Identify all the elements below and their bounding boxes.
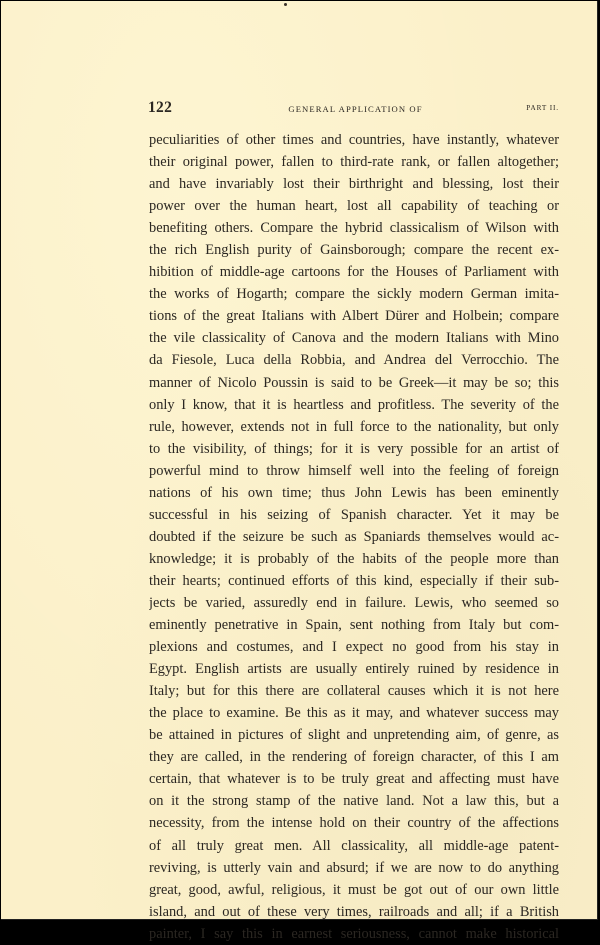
text-line: da Fiesole, Luca della Robbia, and Andre… bbox=[149, 349, 559, 371]
text-line: doubted if the seizure be such as Spania… bbox=[149, 526, 559, 548]
text-line: manner of Nicolo Poussin is said to be G… bbox=[149, 372, 559, 394]
text-line: the place to examine. Be this as it may,… bbox=[149, 702, 559, 724]
scanned-book-page: 122 General Application of Part II. pecu… bbox=[1, 1, 598, 920]
ink-speck bbox=[284, 3, 287, 6]
text-line: be attained in pictures of slight and un… bbox=[149, 724, 559, 746]
text-line: to the visibility, of things; for it is … bbox=[149, 438, 559, 460]
text-line: and have invariably lost their birthrigh… bbox=[149, 173, 559, 195]
text-line: the works of Hogarth; compare the sickly… bbox=[149, 283, 559, 305]
text-line: the rich English purity of Gainsborough;… bbox=[149, 239, 559, 261]
text-line: necessity, from the intense hold on thei… bbox=[149, 812, 559, 834]
text-line: their hearts; continued efforts of this … bbox=[149, 570, 559, 592]
text-line: certain, that whatever is to be truly gr… bbox=[149, 768, 559, 790]
body-text: peculiarities of other times and countri… bbox=[149, 129, 559, 922]
text-line: only I know, that it is heartless and pr… bbox=[149, 394, 559, 416]
text-line: knowledge; it is probably of the habits … bbox=[149, 548, 559, 570]
text-line: reviving, is utterly vain and absurd; if… bbox=[149, 857, 559, 879]
text-line: tions of the great Italians with Albert … bbox=[149, 305, 559, 327]
text-line: rule, however, extends not in full force… bbox=[149, 416, 559, 438]
page-header: 122 General Application of Part II. bbox=[148, 99, 559, 123]
text-line: they are called, in the rendering of for… bbox=[149, 746, 559, 768]
text-line: great, good, awful, religious, it must b… bbox=[149, 879, 559, 901]
part-label: Part II. bbox=[526, 104, 559, 112]
text-line: hibition of middle-age cartoons for the … bbox=[149, 261, 559, 283]
text-line: the vile classicality of Canova and the … bbox=[149, 327, 559, 349]
text-line: plexions and costumes, and I expect no g… bbox=[149, 636, 559, 658]
running-title: General Application of bbox=[148, 104, 559, 114]
text-line: eminently penetrative in Spain, sent not… bbox=[149, 614, 559, 636]
text-line: their original power, fallen to third-ra… bbox=[149, 151, 559, 173]
text-line: island, and out of these very times, rai… bbox=[149, 901, 559, 922]
text-line: on it the strong stamp of the native lan… bbox=[149, 790, 559, 812]
text-line: power over the human heart, lost all cap… bbox=[149, 195, 559, 217]
text-line: Egypt. English artists are usually entir… bbox=[149, 658, 559, 680]
text-line: powerful mind to throw himself well into… bbox=[149, 460, 559, 482]
text-line: peculiarities of other times and countri… bbox=[149, 129, 559, 151]
text-line: nations of his own time; thus John Lewis… bbox=[149, 482, 559, 504]
text-line: jects be varied, assuredly end in failur… bbox=[149, 592, 559, 614]
text-line: benefiting others. Compare the hybrid cl… bbox=[149, 217, 559, 239]
text-line: successful in his seizing of Spanish cha… bbox=[149, 504, 559, 526]
text-line: of all truly great men. All classicality… bbox=[149, 835, 559, 857]
text-line: Italy; but for this there are collateral… bbox=[149, 680, 559, 702]
